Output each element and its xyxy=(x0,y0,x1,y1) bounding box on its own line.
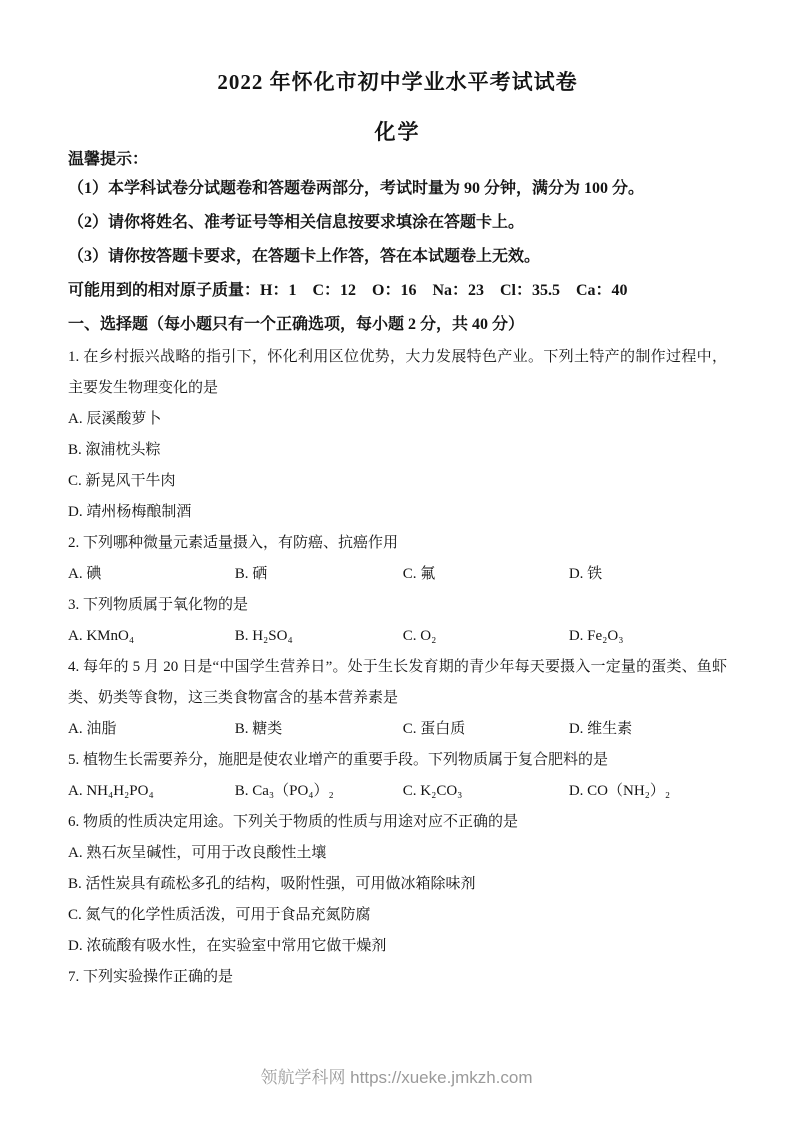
atomic-mass-line: 可能用到的相对原子质量：H：1 C：12 O：16 Na：23 Cl：35.5 … xyxy=(68,274,727,308)
option-d: D. CO（NH₂）₂ xyxy=(569,776,670,807)
tips-heading: 温馨提示： xyxy=(68,148,727,172)
option-b: B. Ca₃（PO₄）₂ xyxy=(235,776,334,807)
option-b: B. 糖类 xyxy=(235,714,283,745)
question-3: 3. 下列物质属于氧化物的是 A. KMnO₄ B. H₂SO₄ C. O₂ D… xyxy=(68,590,727,652)
option-a: A. 辰溪酸萝卜 xyxy=(68,404,727,435)
option-b: B. H₂SO₄ xyxy=(235,621,293,652)
option-a: A. NH₄H₂PO₄ xyxy=(68,776,154,807)
option-d: D. 铁 xyxy=(569,559,602,590)
question-stem: 7. 下列实验操作正确的是 xyxy=(68,962,727,993)
options-row: A. KMnO₄ B. H₂SO₄ C. O₂ D. Fe₂O₃ xyxy=(68,621,727,652)
option-d: D. Fe₂O₃ xyxy=(569,621,624,652)
question-stem: 1. 在乡村振兴战略的指引下，怀化利用区位优势，大力发展特色产业。下列土特产的制… xyxy=(68,342,727,404)
option-a: A. KMnO₄ xyxy=(68,621,134,652)
tip-item-2: （2）请你将姓名、准考证号等相关信息按要求填涂在答题卡上。 xyxy=(68,206,727,240)
option-c: C. 氟 xyxy=(403,559,436,590)
exam-paper-page: 2022 年怀化市初中学业水平考试试卷 化学 温馨提示： （1）本学科试卷分试题… xyxy=(0,0,793,1122)
option-d: D. 靖州杨梅酿制酒 xyxy=(68,497,727,528)
question-stem: 3. 下列物质属于氧化物的是 xyxy=(68,590,727,621)
options-row: A. 油脂 B. 糖类 C. 蛋白质 D. 维生素 xyxy=(68,714,727,745)
option-a: A. 油脂 xyxy=(68,714,116,745)
question-stem: 5. 植物生长需要养分，施肥是使农业增产的重要手段。下列物质属于复合肥料的是 xyxy=(68,745,727,776)
option-c: C. 氮气的化学性质活泼，可用于食品充氮防腐 xyxy=(68,900,727,931)
option-b: B. 溆浦枕头粽 xyxy=(68,435,727,466)
question-7: 7. 下列实验操作正确的是 xyxy=(68,962,727,993)
question-6: 6. 物质的性质决定用途。下列关于物质的性质与用途对应不正确的是 A. 熟石灰呈… xyxy=(68,807,727,962)
option-b: B. 硒 xyxy=(235,559,268,590)
footer-watermark: 领航学科网 https://xueke.jmkzh.com xyxy=(0,1066,793,1090)
options-row: A. 碘 B. 硒 C. 氟 D. 铁 xyxy=(68,559,727,590)
option-a: A. 熟石灰呈碱性，可用于改良酸性土壤 xyxy=(68,838,727,869)
option-b: B. 活性炭具有疏松多孔的结构，吸附性强，可用做冰箱除味剂 xyxy=(68,869,727,900)
tip-item-3: （3）请你按答题卡要求，在答题卡上作答，答在本试题卷上无效。 xyxy=(68,240,727,274)
question-1: 1. 在乡村振兴战略的指引下，怀化利用区位优势，大力发展特色产业。下列土特产的制… xyxy=(68,342,727,528)
question-stem: 6. 物质的性质决定用途。下列关于物质的性质与用途对应不正确的是 xyxy=(68,807,727,838)
question-4: 4. 每年的 5 月 20 日是“中国学生营养日”。处于生长发育期的青少年每天要… xyxy=(68,652,727,745)
question-stem: 2. 下列哪种微量元素适量摄入，有防癌、抗癌作用 xyxy=(68,528,727,559)
page-content: 2022 年怀化市初中学业水平考试试卷 化学 温馨提示： （1）本学科试卷分试题… xyxy=(0,66,793,993)
question-stem: 4. 每年的 5 月 20 日是“中国学生营养日”。处于生长发育期的青少年每天要… xyxy=(68,652,727,714)
options-row: A. NH₄H₂PO₄ B. Ca₃（PO₄）₂ C. K₂CO₃ D. CO（… xyxy=(68,776,727,807)
option-d: D. 维生素 xyxy=(569,714,632,745)
option-a: A. 碘 xyxy=(68,559,101,590)
question-5: 5. 植物生长需要养分，施肥是使农业增产的重要手段。下列物质属于复合肥料的是 A… xyxy=(68,745,727,807)
tip-item-1: （1）本学科试卷分试题卷和答题卷两部分，考试时量为 90 分钟，满分为 100 … xyxy=(68,172,727,206)
option-c: C. 新晃风干牛肉 xyxy=(68,466,727,497)
section-heading: 一、选择题（每小题只有一个正确选项，每小题 2 分，共 40 分） xyxy=(68,308,727,342)
exam-subject: 化学 xyxy=(68,116,727,148)
option-d: D. 浓硫酸有吸水性，在实验室中常用它做干燥剂 xyxy=(68,931,727,962)
option-c: C. K₂CO₃ xyxy=(403,776,463,807)
question-2: 2. 下列哪种微量元素适量摄入，有防癌、抗癌作用 A. 碘 B. 硒 C. 氟 … xyxy=(68,528,727,590)
exam-title: 2022 年怀化市初中学业水平考试试卷 xyxy=(68,66,727,98)
option-c: C. 蛋白质 xyxy=(403,714,466,745)
option-c: C. O₂ xyxy=(403,621,437,652)
